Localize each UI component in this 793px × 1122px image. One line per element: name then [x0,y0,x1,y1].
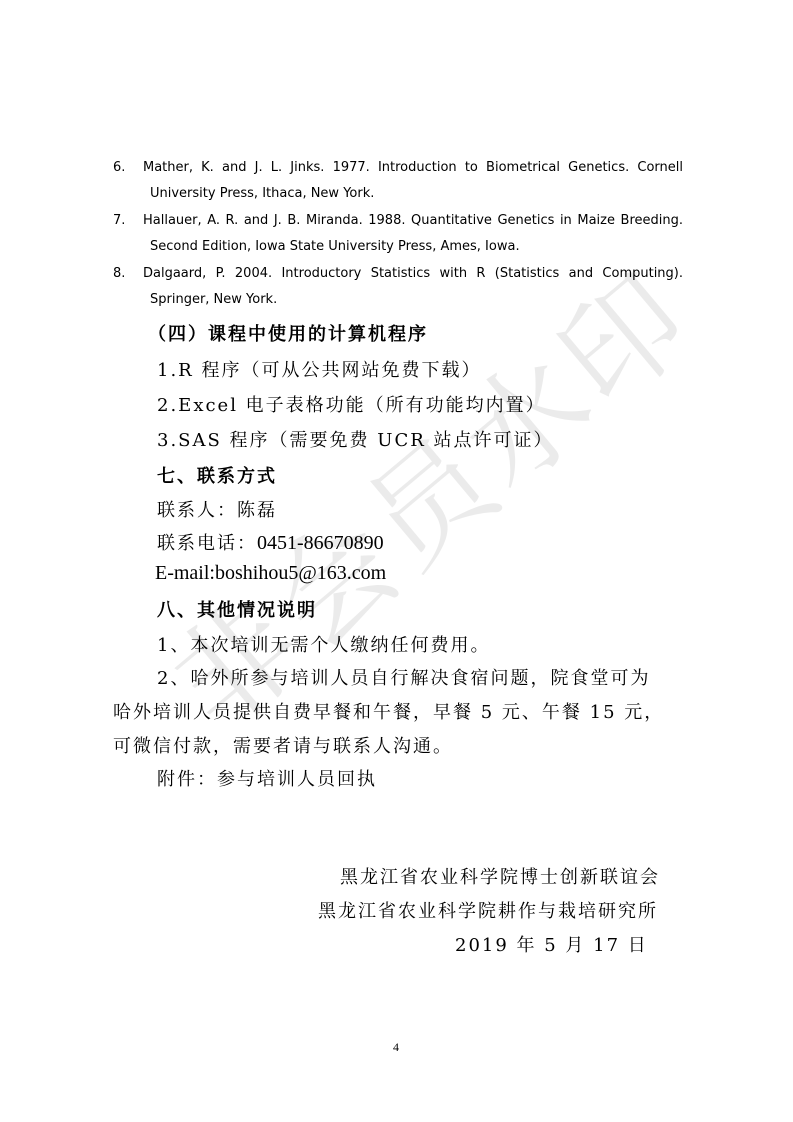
section-heading-programs: （四）课程中使用的计算机程序 [148,320,428,346]
reference-number: 7. [113,208,125,234]
program-item: 2.Excel 电子表格功能（所有功能均内置） [157,391,546,417]
reference-number: 6. [113,155,125,181]
signature-org-1: 黑龙江省农业科学院博士创新联谊会 [340,863,660,889]
other-item-2-line3: 可微信付款，需要者请与联系人沟通。 [113,732,453,758]
reference-number: 8. [113,261,125,287]
reference-text: Hallauer, A. R. and J. B. Miranda. 1988.… [143,208,683,234]
reference-text-cont: Second Edition, Iowa State University Pr… [150,234,520,260]
document-page: 非会员水印 6. Mather, K. and J. L. Jinks. 197… [0,0,793,1122]
other-item-1: 1、本次培训无需个人缴纳任何费用。 [157,631,490,657]
contact-person: 联系人：陈磊 [157,496,277,522]
section-heading-other: 八、其他情况说明 [157,596,317,622]
program-item: 1.R 程序（可从公共网站免费下载） [157,356,481,382]
section-heading-contact: 七、联系方式 [157,462,277,488]
program-item: 3.SAS 程序（需要免费 UCR 站点许可证） [157,426,554,452]
reference-text: Mather, K. and J. L. Jinks. 1977. Introd… [143,155,683,181]
contact-phone-number: 0451-86670890 [257,532,384,554]
reference-text: Dalgaard, P. 2004. Introductory Statisti… [143,261,683,287]
attachment-note: 附件：参与培训人员回执 [157,765,377,791]
signature-date: 2019 年 5 月 17 日 [455,931,648,957]
contact-phone: 联系电话：0451-86670890 [157,529,384,555]
other-item-2-line1: 2、哈外所参与培训人员自行解决食宿问题，院食堂可为 [157,664,650,690]
other-item-2-line2: 哈外培训人员提供自费早餐和午餐，早餐 5 元、午餐 15 元， [113,698,664,724]
contact-email[interactable]: E-mail:boshihou5@163.com [155,562,386,585]
contact-phone-label: 联系电话： [157,533,257,554]
reference-text-cont: Springer, New York. [150,287,277,313]
page-number: 4 [393,1040,399,1055]
reference-text-cont: University Press, Ithaca, New York. [150,181,374,207]
signature-org-2: 黑龙江省农业科学院耕作与栽培研究所 [318,897,658,923]
